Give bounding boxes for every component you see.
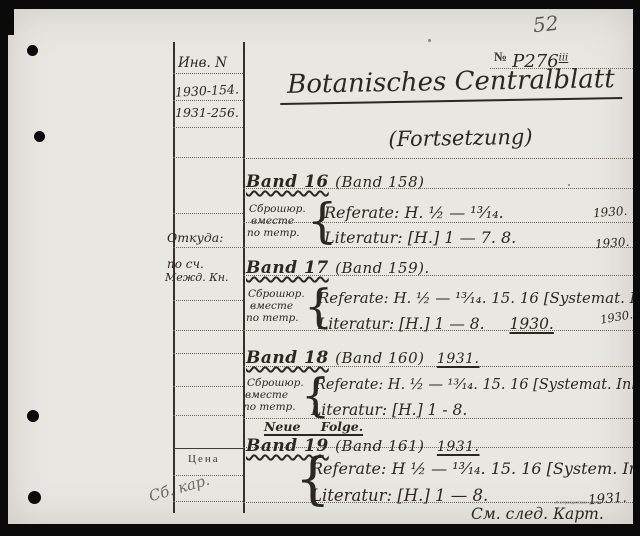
bound-together-label: по тетр. — [246, 312, 299, 324]
band-16-literatur-year: 1930. — [595, 235, 630, 251]
band-19-literatur: Literatur: [H.] 1 — 8. — [311, 486, 488, 505]
ruled-line — [243, 158, 633, 159]
ruled-line — [173, 213, 243, 214]
bound-together-label: вместе — [250, 300, 293, 312]
band-18-alt-number: (Band 160) — [335, 349, 424, 367]
price-box-rule — [173, 448, 243, 449]
ruled-line — [173, 157, 243, 158]
inventory-number-1930: 1930-154. — [175, 81, 240, 99]
ruled-line — [173, 73, 243, 74]
band-16-heading: Band 16 (Band 158) — [246, 172, 424, 192]
scan-speck — [568, 184, 570, 186]
bound-together-label: по тетр. — [247, 227, 300, 239]
bound-together-label: вместе — [251, 215, 294, 227]
ruled-line — [173, 300, 243, 301]
scanned-catalog-card: { "stamp": { "page_number": "52", "no_la… — [0, 0, 640, 536]
band-16-literatur: Literatur: [H.] 1 — 7. 8. — [324, 228, 516, 247]
bound-together-label: вместе — [245, 389, 288, 401]
band-17-referate: Referate: H. ½ — ¹³⁄₁₄. 15. 16 [Systemat… — [318, 289, 633, 307]
band-17-number: Band 17 — [246, 258, 329, 278]
neue-folge-note: Neue Folge. — [264, 419, 363, 434]
card-title-text: Botanisches Centralblatt — [287, 64, 615, 100]
band-19-referate: Referate: H ½ — ¹³⁄₁₄. 15. 16 [System. I… — [311, 459, 633, 478]
band-19-year: 1931. — [437, 439, 480, 455]
ruled-line — [173, 330, 243, 331]
band-16-referate-year: 1930. — [593, 204, 628, 220]
scan-edge-notch — [8, 9, 14, 35]
price-label: Цена — [188, 453, 220, 465]
band-18-literatur: Literatur: [H.] 1 - 8. — [311, 401, 467, 419]
column-rule-right — [243, 42, 245, 513]
band-17-literatur: Literatur: [H.] 1 — 8. 1930. — [318, 315, 554, 333]
ruled-line — [173, 386, 243, 387]
card-subtitle-text: (Fortsetzung) — [388, 125, 533, 152]
inventory-label: Инв. N — [178, 55, 227, 71]
ruled-line — [173, 127, 243, 128]
ruled-line — [173, 415, 243, 416]
band-17-heading: Band 17 (Band 159). — [246, 258, 430, 278]
bound-together-label: Сброшюр. — [247, 377, 304, 389]
inventory-number-1931: 1931-256. — [175, 105, 239, 120]
band-19-heading: Band 19 (Band 161) 1931. — [246, 436, 480, 456]
origin-line-2: по сч. — [167, 257, 204, 271]
card-subtitle: (Fortsetzung) — [338, 124, 583, 152]
ruled-line — [173, 501, 243, 502]
band-19-alt-number: (Band 161) — [335, 437, 424, 455]
ruled-line — [173, 100, 243, 101]
band-17-literatur-year: 1930. — [509, 315, 553, 333]
ruled-line — [243, 247, 633, 248]
scan-speck — [428, 39, 431, 42]
band-16-number: Band 16 — [246, 172, 329, 192]
ruled-line — [243, 222, 633, 223]
catalog-number-superscript: iii — [559, 53, 569, 64]
band-16-referate: Referate: H. ½ — ¹³⁄₁₄. — [324, 203, 504, 222]
band-16-alt-number: (Band 158) — [335, 173, 424, 191]
hole-punch — [27, 410, 39, 422]
no-sign: № — [494, 49, 507, 64]
origin-line-3: Межд. Кн. — [165, 271, 229, 284]
band-18-year: 1931. — [437, 351, 480, 367]
see-next-card-note: См. след. Карт. — [471, 505, 604, 523]
ruled-line — [173, 247, 243, 248]
bound-together-label: Сброшюр. — [249, 203, 306, 215]
bound-together-label: Сброшюр. — [248, 288, 305, 300]
bound-together-label: по тетр. — [243, 401, 296, 413]
hole-punch — [28, 491, 41, 504]
band-17-alt-number: (Band 159). — [335, 259, 430, 277]
ruled-line — [173, 353, 243, 354]
printer-mark: «8-я Гражданская»—2984 — [554, 501, 601, 505]
band-17-literatur-text: Literatur: [H.] 1 — 8. — [318, 315, 485, 333]
band-18-number: Band 18 — [246, 348, 329, 368]
hole-punch — [27, 45, 38, 56]
pencil-page-number: 52 — [532, 11, 560, 38]
card-title: Botanisches Centralblatt — [280, 64, 623, 105]
origin-label: Откуда: — [167, 230, 223, 245]
band-18-referate: Referate: H. ½ — ¹³⁄₁₄. 15. 16 [Systemat… — [315, 377, 633, 393]
card-paper: 52 № P276iii Botanisches Centralblatt (F… — [8, 9, 633, 524]
hole-punch — [34, 131, 45, 142]
band-17-referate-year: 1930. — [599, 307, 633, 327]
band-18-heading: Band 18 (Band 160) 1931. — [246, 348, 480, 368]
